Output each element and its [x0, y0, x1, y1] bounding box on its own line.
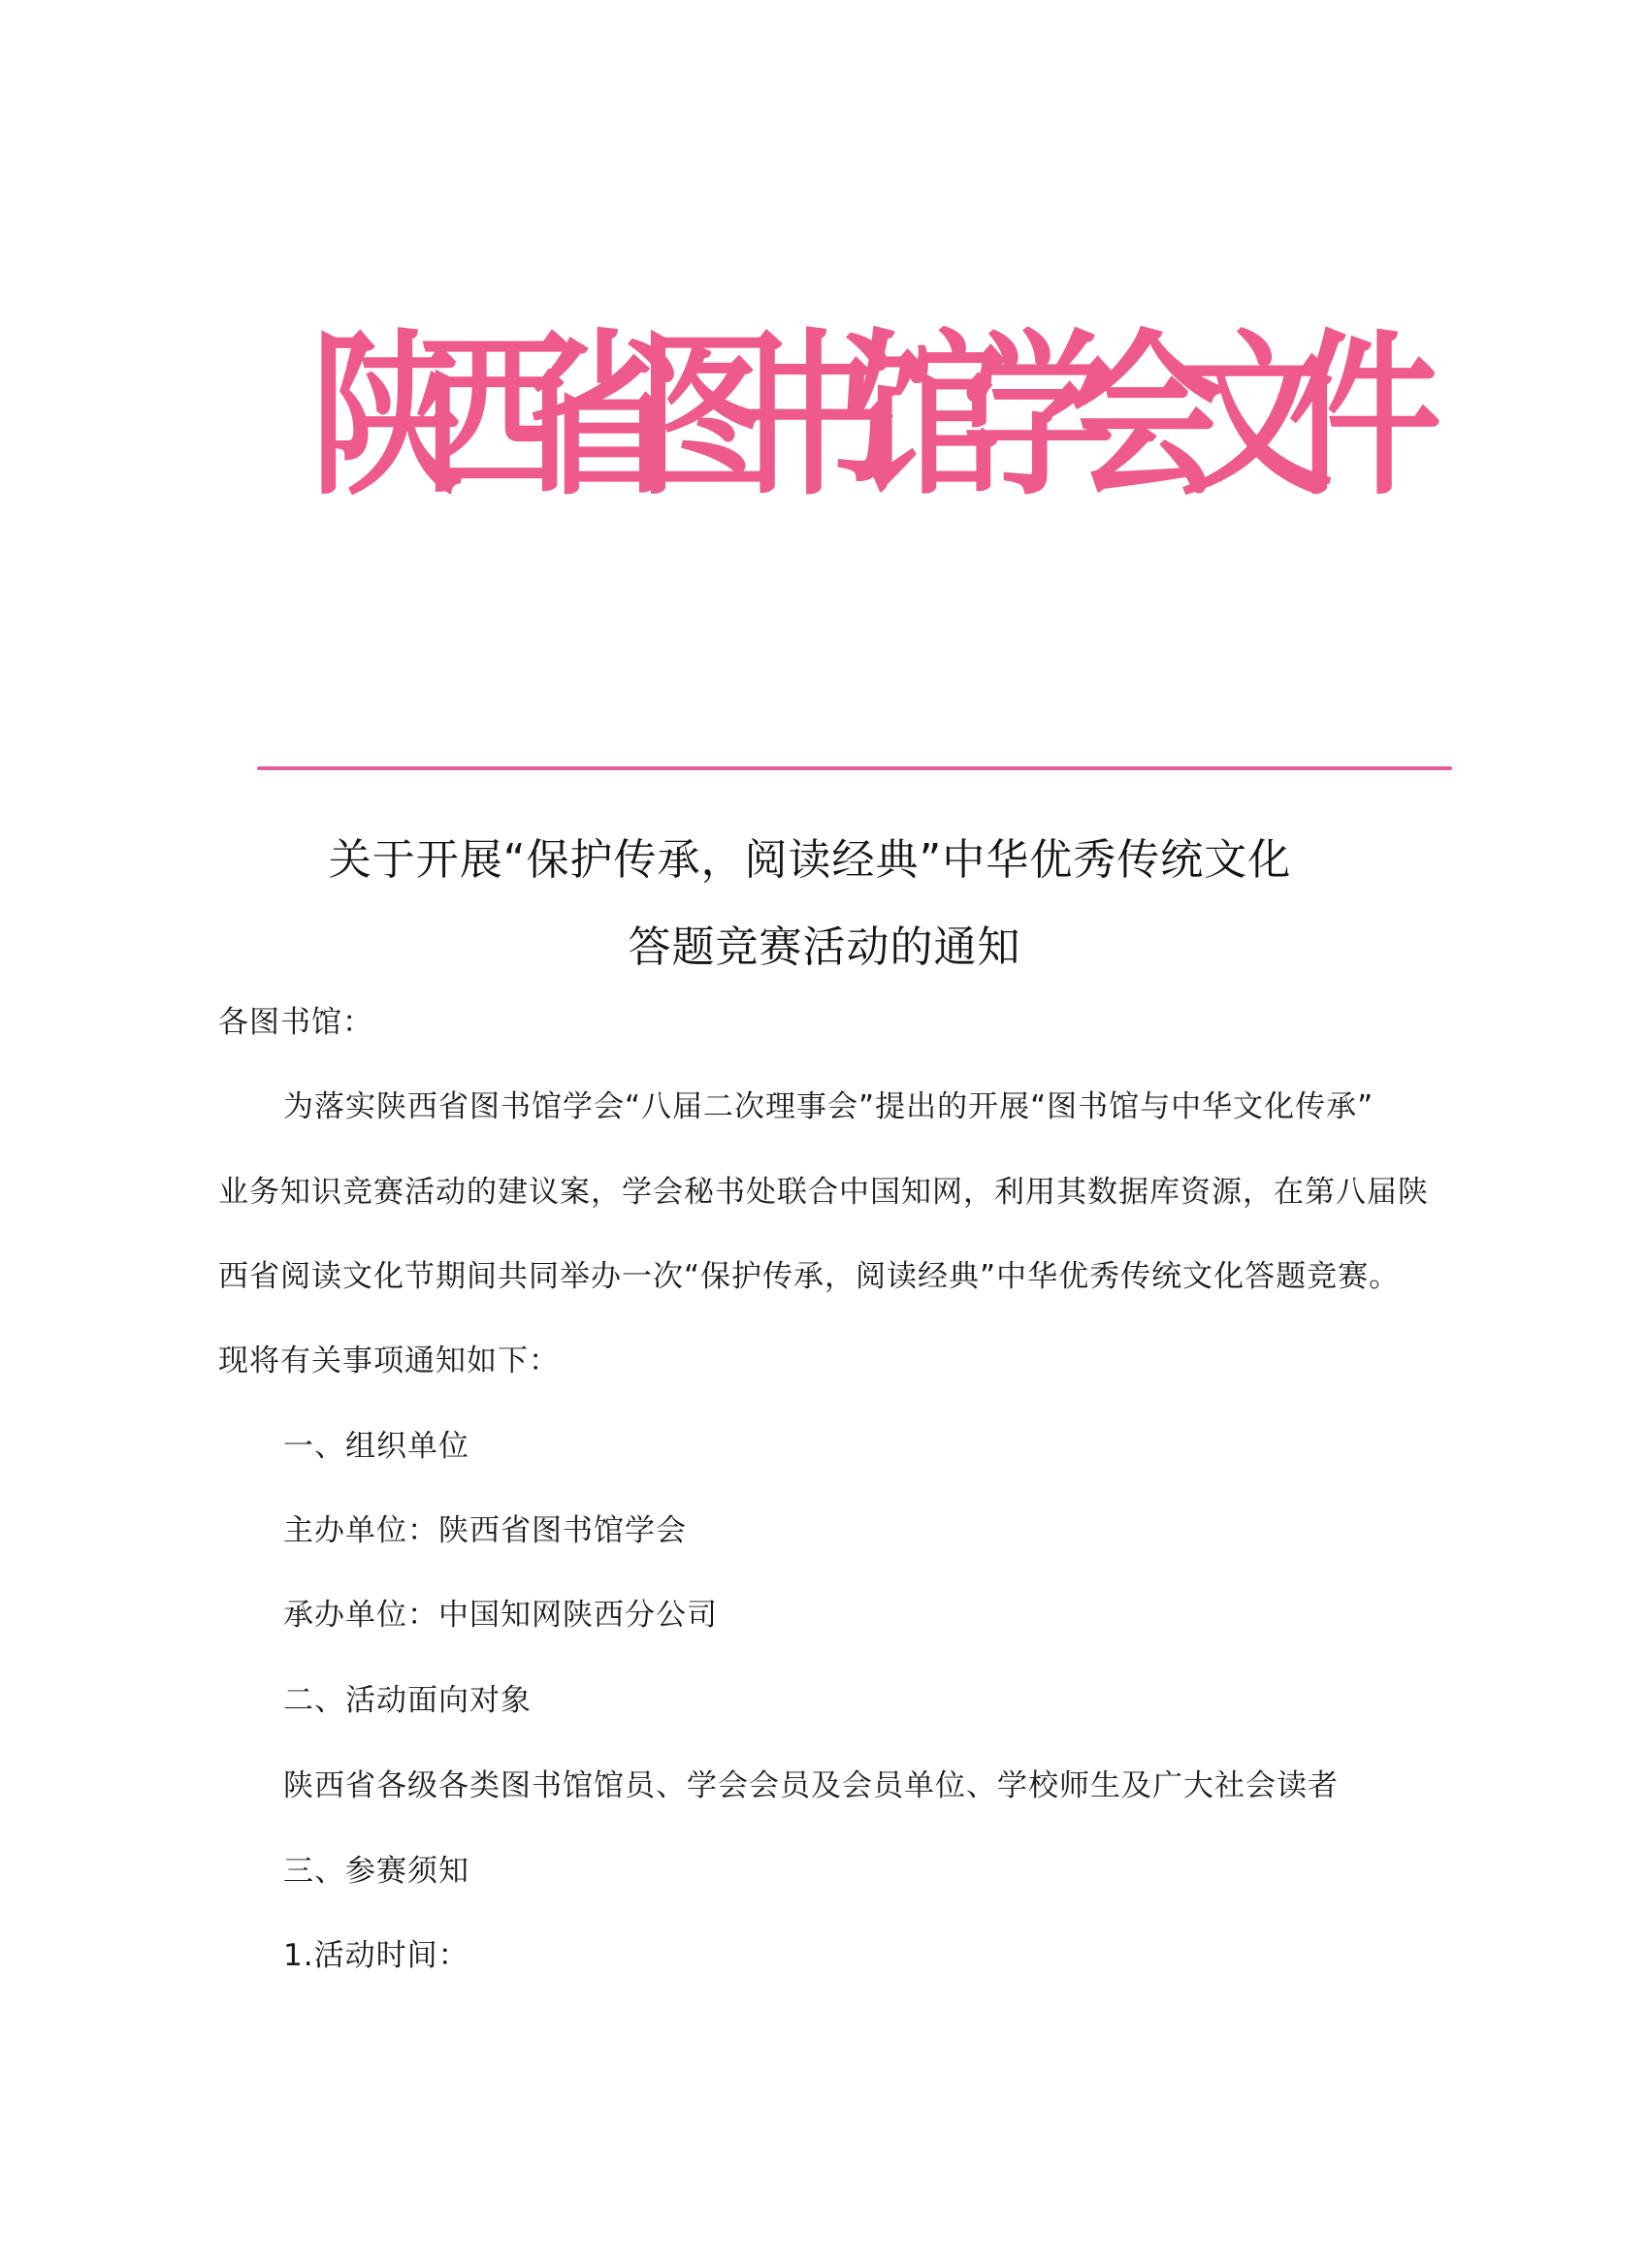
- red-divider-line: [257, 766, 1452, 770]
- masthead-char: 馆: [854, 329, 962, 505]
- target-audience: 陕西省各级各类图书馆馆员、学会会员及会员单位、学校师生及广大社会读者: [283, 1761, 1339, 1804]
- masthead-char: 学: [962, 329, 1071, 505]
- document-page: 陕 西 省 图 书 馆 学 会 文 件 关于开展“保护传承，阅读经典”中华优秀传…: [0, 0, 1649, 2268]
- masthead-char: 西: [419, 329, 528, 505]
- intro-line-4: 现将有关事项通知如下：: [218, 1336, 560, 1379]
- masthead-char: 文: [1180, 329, 1288, 505]
- section-3-heading: 三、参赛须知: [283, 1846, 469, 1890]
- activity-time-item: 1.活动时间：: [283, 1930, 469, 1974]
- masthead-char: 书: [745, 329, 854, 505]
- organizer: 承办单位：中国知网陕西分公司: [283, 1590, 718, 1634]
- masthead-char: 会: [1071, 329, 1180, 505]
- salutation: 各图书馆：: [218, 997, 373, 1041]
- section-1-heading: 一、组织单位: [283, 1421, 469, 1465]
- host-organization: 主办单位：陕西省图书馆学会: [283, 1506, 687, 1549]
- masthead-char: 省: [528, 329, 636, 505]
- document-title-line-1: 关于开展“保护传承，阅读经典”中华优秀传统文化: [0, 825, 1634, 887]
- masthead-char: 件: [1288, 329, 1397, 505]
- masthead-char: 陕: [310, 329, 419, 505]
- masthead-title: 陕 西 省 图 书 馆 学 会 文 件: [310, 306, 1397, 529]
- intro-line-3: 西省阅读文化节期间共同举办一次“保护传承，阅读经典”中华优秀传统文化答题竞赛。: [218, 1251, 1400, 1295]
- masthead-char: 图: [636, 329, 745, 505]
- section-2-heading: 二、活动面向对象: [283, 1675, 532, 1719]
- intro-line-2: 业务知识竞赛活动的建议案，学会秘书处联合中国知网，利用其数据库资源，在第八届陕: [218, 1167, 1429, 1211]
- intro-line-1: 为落实陕西省图书馆学会“八届二次理事会”提出的开展“图书馆与中华文化传承”: [283, 1082, 1374, 1125]
- document-title-line-2: 答题竞赛活动的通知: [0, 912, 1649, 974]
